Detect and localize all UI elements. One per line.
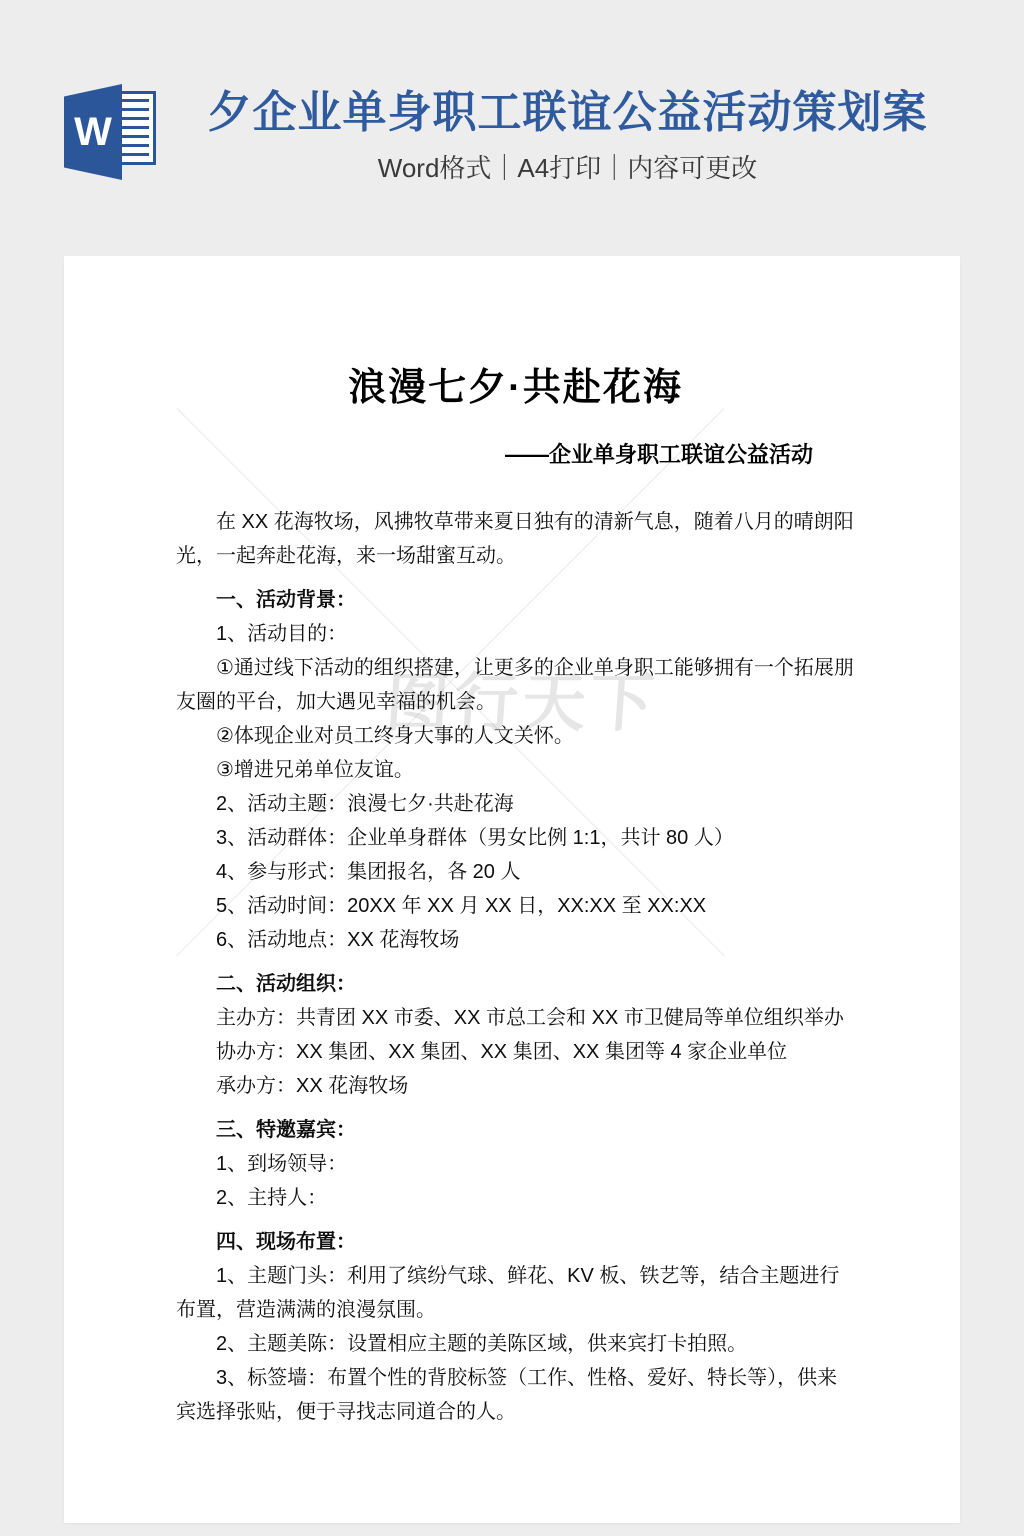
doc-paragraph: 5、活动时间：20XX 年 XX 月 XX 日，XX:XX 至 XX:XX [176, 889, 855, 923]
doc-paragraph: ③增进兄弟单位友谊。 [176, 753, 855, 787]
template-header: W 夕企业单身职工联谊公益活动策划案 Word格式｜A4打印｜内容可更改 [0, 0, 1024, 256]
word-icon: W [64, 84, 159, 180]
header-subtitle: Word格式｜A4打印｜内容可更改 [159, 148, 976, 185]
doc-paragraph: 协办方：XX 集团、XX 集团、XX 集团、XX 集团等 4 家企业单位 [176, 1035, 855, 1069]
doc-paragraph: 3、标签墙：布置个性的背胶标签（工作、性格、爱好、特长等），供来宾选择张贴，便于… [176, 1361, 855, 1429]
doc-paragraph: 3、活动群体：企业单身群体（男女比例 1:1，共计 80 人） [176, 821, 855, 855]
document-page: 图行天下 浪漫七夕·共赴花海 ——企业单身职工联谊公益活动 在 XX 花海牧场，… [64, 256, 960, 1523]
doc-paragraph: 承办方：XX 花海牧场 [176, 1069, 855, 1103]
doc-paragraph: 在 XX 花海牧场，风拂牧草带来夏日独有的清新气息，随着八月的晴朗阳光，一起奔赴… [176, 505, 855, 573]
doc-section-heading: 四、现场布置： [176, 1225, 855, 1259]
word-icon-page-lines [118, 99, 149, 157]
doc-section-heading: 二、活动组织： [176, 967, 855, 1001]
doc-paragraph: 1、到场领导： [176, 1147, 855, 1181]
doc-title: 浪漫七夕·共赴花海 [176, 368, 855, 410]
doc-section-heading: 三、特邀嘉宾： [176, 1113, 855, 1147]
doc-paragraph: 1、活动目的： [176, 617, 855, 651]
word-icon-letter: W [74, 112, 112, 152]
doc-paragraph: ①通过线下活动的组织搭建，让更多的企业单身职工能够拥有一个拓展朋友圈的平台，加大… [176, 651, 855, 719]
doc-paragraph: 1、主题门头：利用了缤纷气球、鲜花、KV 板、铁艺等，结合主题进行布置，营造满满… [176, 1259, 855, 1327]
doc-paragraph: ②体现企业对员工终身大事的人文关怀。 [176, 719, 855, 753]
doc-paragraph: 4、参与形式：集团报名，各 20 人 [176, 855, 855, 889]
word-icon-panel: W [64, 84, 122, 180]
header-text-block: 夕企业单身职工联谊公益活动策划案 Word格式｜A4打印｜内容可更改 [159, 88, 1024, 185]
doc-paragraph: 2、主持人： [176, 1181, 855, 1215]
header-title: 夕企业单身职工联谊公益活动策划案 [159, 88, 976, 139]
doc-paragraph: 2、主题美陈：设置相应主题的美陈区域，供来宾打卡拍照。 [176, 1327, 855, 1361]
doc-paragraph: 2、活动主题：浪漫七夕·共赴花海 [176, 787, 855, 821]
doc-body: 在 XX 花海牧场，风拂牧草带来夏日独有的清新气息，随着八月的晴朗阳光，一起奔赴… [176, 505, 855, 1429]
doc-section-heading: 一、活动背景： [176, 583, 855, 617]
doc-paragraph: 6、活动地点：XX 花海牧场 [176, 923, 855, 957]
doc-paragraph: 主办方：共青团 XX 市委、XX 市总工会和 XX 市卫健局等单位组织举办 [176, 1001, 855, 1035]
doc-subtitle: ——企业单身职工联谊公益活动 [176, 438, 855, 469]
document-content: 浪漫七夕·共赴花海 ——企业单身职工联谊公益活动 在 XX 花海牧场，风拂牧草带… [176, 368, 855, 1429]
